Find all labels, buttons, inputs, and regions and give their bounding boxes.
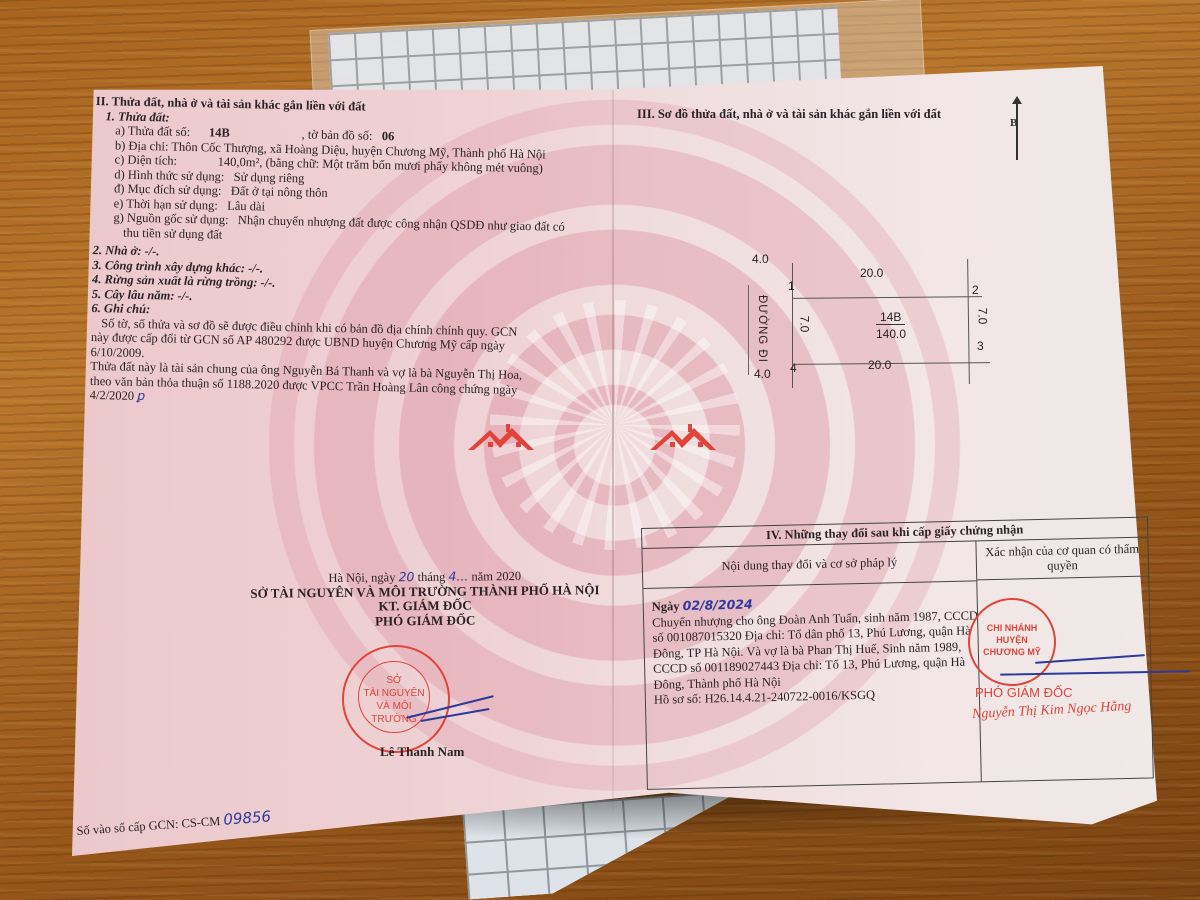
usage-term-value: Lâu dài xyxy=(227,198,265,213)
issue-year: năm 2020 xyxy=(471,569,521,584)
usage-form-value: Sử dụng riêng xyxy=(234,169,305,184)
house-logo-icon xyxy=(466,422,536,454)
seal-line: CHI NHÁNH xyxy=(970,622,1054,634)
column-header-confirmation: Xác nhận của cơ quan có thẩm quyền xyxy=(976,537,1148,581)
edge-bottom-length: 20.0 xyxy=(868,358,891,372)
seal-line: TÀI NGUYÊN xyxy=(359,687,429,700)
seal-center-text: SỞ TÀI NGUYÊN VÀ MÔI TRƯỜNG xyxy=(358,661,430,733)
road-label: ĐƯỜNG ĐI xyxy=(756,295,768,363)
parcel-area-label: 140.0 xyxy=(876,327,906,341)
parcel-bottom-edge xyxy=(794,362,990,365)
date-prefix: Hà Nội, ngày xyxy=(328,570,395,585)
vertex-4: 4 xyxy=(790,361,797,375)
issue-month: 4... xyxy=(448,569,468,584)
parcel-diagram: 4.0 4.0 ĐƯỜNG ĐI 1 2 3 4 20.0 20.0 7.0 7… xyxy=(752,255,992,385)
issuer-signature-block: Hà Nội, ngày 20 tháng 4... năm 2020 SỞ T… xyxy=(230,568,621,630)
parcel-right-edge xyxy=(967,259,970,384)
edge-top-length: 20.0 xyxy=(860,266,883,280)
changes-table: IV. Những thay đổi sau khi cấp giấy chứn… xyxy=(641,516,1154,789)
house-logo-icon xyxy=(648,422,718,454)
parcel-id-label: 14B xyxy=(876,310,905,325)
approver-title: PHÓ GIÁM ĐỐC xyxy=(975,685,1073,700)
area-label: c) Diện tích: xyxy=(114,152,177,167)
column-header-content: Nội dung thay đổi và cơ sở pháp lý xyxy=(642,540,976,589)
north-label: B xyxy=(1010,117,1017,129)
edge-right-length: 7.0 xyxy=(975,308,989,325)
origin-label: g) Nguồn gốc sử dụng: xyxy=(113,210,228,226)
usage-purpose-label: đ) Mục đích sử dụng: xyxy=(114,181,222,197)
usage-term-label: e) Thời hạn sử dụng: xyxy=(114,196,218,212)
vertex-2: 2 xyxy=(972,283,979,297)
signer-name: Lê Thanh Nam xyxy=(380,745,464,760)
road-outer-line xyxy=(748,285,749,375)
parcel-top-edge xyxy=(792,296,982,299)
section-3-title: III. Sơ đồ thửa đất, nhà ở và tài sản kh… xyxy=(637,107,941,122)
official-seal-left: SỞ TÀI NGUYÊN VÀ MÔI TRƯỜNG xyxy=(342,645,450,753)
map-sheet-value: 06 xyxy=(382,129,395,143)
change-date-value: 02/8/2024 xyxy=(683,596,753,613)
section-2-land-info: II. Thửa đất, nhà ở và tài sản khác gắn … xyxy=(90,94,568,412)
vertex-1: 1 xyxy=(788,279,795,293)
note-date: 4/2/2020 xyxy=(90,388,135,403)
initial-mark: ꝑ xyxy=(137,388,145,403)
map-sheet-label: , tờ bản đồ số: xyxy=(301,127,372,142)
month-label: tháng xyxy=(417,570,445,584)
center-fold xyxy=(612,90,614,810)
edge-left-length: 7.0 xyxy=(797,316,811,333)
road-width-bottom: 4.0 xyxy=(754,367,771,381)
address-label: b) Địa chỉ: xyxy=(115,138,169,153)
seal-center-text: CHI NHÁNH HUYỆN CHƯƠNG MỸ xyxy=(970,600,1054,658)
parcel-number-label: a) Thửa đất số: xyxy=(115,123,190,139)
usage-purpose-value: Đất ở tại nông thôn xyxy=(231,184,328,200)
north-arrow-icon xyxy=(1016,102,1018,160)
seal-line: CHƯƠNG MỸ xyxy=(970,646,1054,658)
vertex-3: 3 xyxy=(977,339,984,353)
issue-day: 20 xyxy=(398,569,414,584)
seal-line: SỞ xyxy=(359,674,429,687)
gcn-registry-value: 09856 xyxy=(223,807,272,828)
change-date-label: Ngày xyxy=(652,599,680,614)
road-width-top: 4.0 xyxy=(752,252,769,266)
seal-line: HUYỆN xyxy=(970,634,1054,646)
parcel-number-value: 14B xyxy=(209,125,230,139)
change-entry: Ngày 02/8/2024 Chuyển nhượng cho ông Đoà… xyxy=(652,591,984,708)
